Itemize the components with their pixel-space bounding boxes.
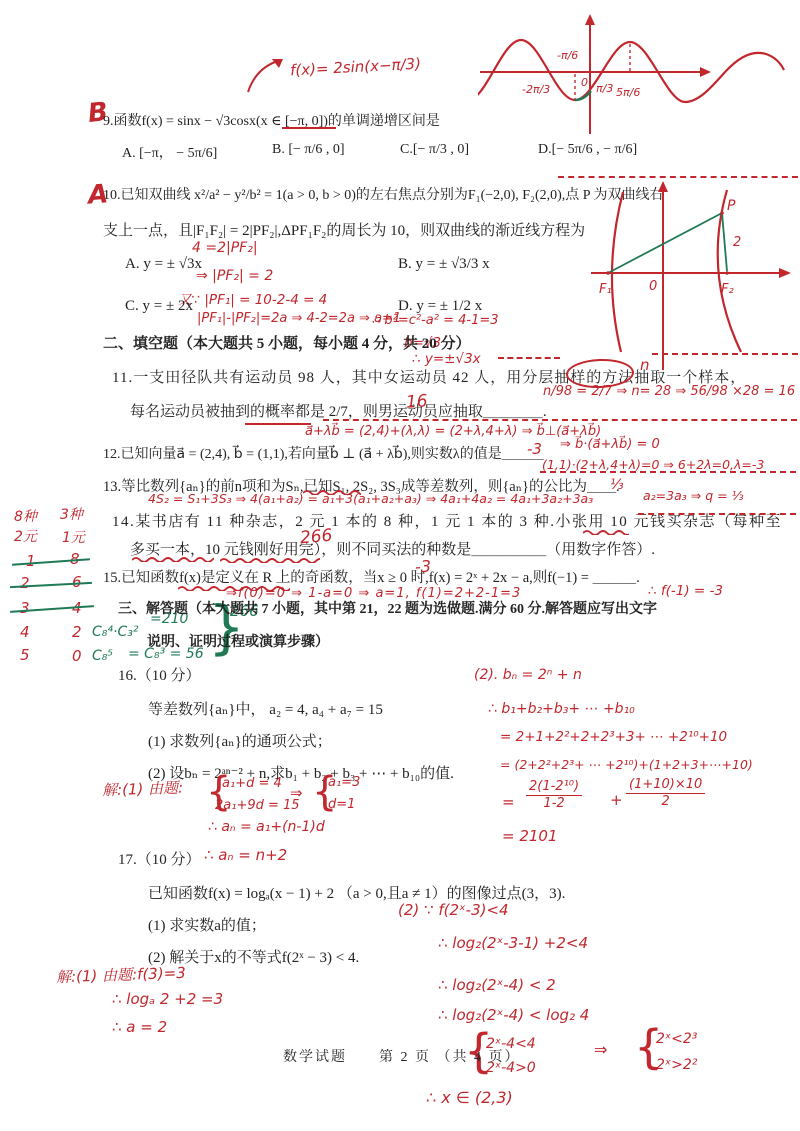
hyp-label-o: 0 xyxy=(649,279,657,294)
work-q11-line1: n/98 = 2/7 ⇒ n= 28 ⇒ 56/98 ×28 = 16 xyxy=(543,384,795,399)
table-header-2yuan: 2元 xyxy=(14,526,37,546)
hyp-green-line-pf2 xyxy=(722,213,727,271)
solution-16-label: 解:(1) 由题: xyxy=(102,777,184,801)
page-footer: 数学试题 第 2 页 （共 4 页） xyxy=(283,1046,521,1066)
sine-label-negpi6: -π/6 xyxy=(557,49,578,62)
hyperbola-figure: P F₁ 0 F₂ 2 xyxy=(575,180,800,372)
solution-16b-eq: = xyxy=(502,793,515,811)
solution-17b-line4: ∴ log₂(2ˣ-4) < log₂ 4 xyxy=(438,1006,589,1024)
solution-17b-sys4: 2ˣ>2² xyxy=(656,1057,697,1073)
option-9b: B. [− π/6 , 0] xyxy=(272,142,345,158)
hyp-label-f1: F₁ xyxy=(599,282,612,297)
sine-label-5pi6: 5π/6 xyxy=(616,86,640,99)
wavy-underline-q14c xyxy=(220,557,320,563)
work-q10-line7: ∴ y=±√3x xyxy=(412,351,481,367)
question-17-given: 已知函数f(x) = logₐ(x − 1) + 2 （a > 0,且a ≠ 1… xyxy=(148,882,565,903)
question-17-part1: (1) 求实数a的值； xyxy=(148,914,266,935)
frac1-denominator: 1-2 xyxy=(526,796,582,812)
frac2-numerator: (1+10)×10 xyxy=(626,777,705,794)
solution-16-eq2: 2a₁+9d = 15 xyxy=(215,798,300,813)
work-q10-line4: |PF₁|-|PF₂|=2a ⇒ 4-2=2a ⇒ a=1 xyxy=(197,311,401,326)
dashed-divider-2b xyxy=(652,353,798,355)
green-comb-1: C₈⁴·C₃² xyxy=(92,624,138,640)
curved-arrow-icon xyxy=(246,56,290,94)
frac2-denominator: 2 xyxy=(626,794,705,810)
answer-q13: ⅓ xyxy=(610,477,624,493)
wavy-underline-q14a xyxy=(583,529,629,535)
question-9-text: 9.函数f(x) = sinx − √3cosx(x ∈ [−π, 0])的单调… xyxy=(103,110,440,130)
solution-16b-frac1: 2(1-2¹⁰) 1-2 xyxy=(526,779,582,811)
solution-16b-result: = 2101 xyxy=(502,827,558,845)
work-q15-line2: ∴ f(-1) = -3 xyxy=(648,583,723,599)
table-header-3kinds: 3种 xyxy=(60,504,83,524)
hyp-y-arrow-icon xyxy=(658,181,668,192)
solution-17-line1: 解:(1) 由题:f(3)=3 xyxy=(56,962,186,988)
table-row: 1 xyxy=(26,552,36,570)
table-header-8kinds: 8种 xyxy=(14,506,37,526)
section-3-header-line2: 说明、证明过程或演算步骤） xyxy=(147,631,329,651)
table-row: 5 xyxy=(20,646,30,664)
option-10a: A. y = ± √3x xyxy=(125,256,202,273)
hyp-point-f1 xyxy=(606,271,610,275)
question-16-number: 16.（10 分） xyxy=(118,664,201,685)
table-row: 4 xyxy=(20,623,30,641)
dashed-divider-2a xyxy=(498,357,560,359)
hyp-green-line-f1p xyxy=(608,213,722,273)
solution-17b-final: ∴ x ∈ (2,3) xyxy=(426,1088,513,1107)
solution-16b-line3: = 2+1+2²+2+2³+3+ ⋯ +2¹⁰+10 xyxy=(500,729,727,745)
answer-q11: 16 xyxy=(405,391,428,412)
solution-16-general: ∴ aₙ = a₁+(n-1)d xyxy=(208,819,325,835)
option-10c: C. y = ± 2x xyxy=(125,298,193,315)
work-q11-n: n xyxy=(640,356,650,374)
dashed-divider-4 xyxy=(540,471,796,473)
question-16-part2: (2) 设bₙ = 2ᵃⁿ⁻² + n,求b₁ + b₂ + b₃ + ⋯ + … xyxy=(148,762,454,783)
red-underline-q11 xyxy=(245,423,311,425)
question-15-text: 15.已知函数f(x)是定义在 R 上的奇函数，当x ≥ 0 时,f(x) = … xyxy=(103,566,640,587)
option-9d: D.[− 5π/6 , − π/6] xyxy=(538,142,637,158)
table-header-1yuan: 1元 xyxy=(62,527,85,547)
work-q12-line2: (1,1)·(2+λ,4+λ)=0 ⇒ 6+2λ=0,λ=-3 xyxy=(542,457,764,472)
sine-y-arrow-icon xyxy=(585,14,595,25)
exam-page: -2π/3 -π/6 0 π/3 5π/6 f(x)= 2sin(x−π/3) … xyxy=(0,0,800,1131)
work-q10-line1: 4 =2|PF₂| xyxy=(192,240,258,256)
solution-17b-line2: ∴ log₂(2ˣ-3-1) +2<4 xyxy=(438,934,588,952)
solution-16-eq1: a₁+d = 4 xyxy=(222,776,282,791)
solution-17b-line3: ∴ log₂(2ˣ-4) < 2 xyxy=(438,976,556,994)
question-16-given: 等差数列{aₙ}中， a₂ = 4, a₄ + a₇ = 15 xyxy=(148,698,383,719)
question-16-part1: (1) 求数列{aₙ}的通项公式； xyxy=(148,730,332,751)
sine-figure: -2π/3 -π/6 0 π/3 5π/6 xyxy=(478,14,800,136)
hyp-point-f2 xyxy=(725,271,729,275)
work-q13-line2: a₂=3a₃ ⇒ q = ⅓ xyxy=(643,488,744,503)
solution-16-an: ∴ aₙ = n+2 xyxy=(204,846,287,864)
green-comb-2: C₈⁵ xyxy=(92,648,113,664)
work-q12-line1: ⇒ b⃗·(a⃗+λb⃗) = 0 xyxy=(560,437,660,452)
answer-q14: 266 xyxy=(299,526,333,549)
solution-16-res2: d=1 xyxy=(328,797,355,812)
question-12-text: 12.已知向量a⃗ = (2,4), b⃗ = (1,1),若向量b⃗ ⊥ (a… xyxy=(103,443,544,463)
solution-17-line2: ∴ logₐ 2 +2 =3 xyxy=(112,990,223,1008)
sine-label-neg2pi3: -2π/3 xyxy=(522,83,550,96)
work-q10-line3: 又∵ |PF₁| = 10-2-4 = 4 xyxy=(178,288,327,308)
answer-q12: -3 xyxy=(527,440,542,458)
solution-16b-line4: = (2+2²+2³+ ⋯ +2¹⁰)+(1+2+3+⋯+10) xyxy=(500,757,753,772)
frac1-numerator: 2(1-2¹⁰) xyxy=(526,779,582,796)
section-2-header: 二、填空题（本大题共 5 小题，每小题 4 分，共 20 分） xyxy=(103,332,471,353)
option-9a: A. [−π， − 5π/6] xyxy=(122,142,217,162)
table-row: 2 xyxy=(20,574,30,592)
work-q10-line2: ⇒ |PF₂| = 2 xyxy=(196,268,273,284)
solution-16-arrow: ⇒ xyxy=(290,784,303,802)
solution-17b-arrow: ⇒ xyxy=(594,1040,607,1059)
sine-label-0: 0 xyxy=(581,76,588,89)
option-10b: B. y = ± √3/3 x xyxy=(398,256,490,273)
hyp-label-f2: F₂ xyxy=(721,282,734,297)
solution-16b-frac2: (1+10)×10 2 xyxy=(626,777,705,809)
hyp-point-p xyxy=(720,211,724,215)
hyp-label-2: 2 xyxy=(733,235,741,250)
work-q12-line0: a⃗+λb⃗ = (2,4)+(λ,λ) = (2+λ,4+λ) ⇒ b⃗⊥(a… xyxy=(305,424,601,439)
question-17-number: 17.（10 分） xyxy=(118,848,201,869)
answer-q15: -3 xyxy=(415,557,432,577)
question-10-line2: 支上一点，且|F₁F₂| = 2|PF₂|,ΔPF₁F₂的周长为 10，则双曲线… xyxy=(103,219,585,240)
hyp-label-p: P xyxy=(727,198,736,214)
red-underline-q9 xyxy=(282,127,336,129)
solution-17b-sys3: 2ˣ<2³ xyxy=(656,1031,697,1047)
table-row: 0 xyxy=(72,647,82,665)
solution-16b-line1: (2). bₙ = 2ⁿ + n xyxy=(474,667,582,683)
question-11-line2: 每名运动员被抽到的概率都是 2/7，则男运动员应抽取＿＿＿＿. xyxy=(130,400,547,421)
handwritten-fx-formula: f(x)= 2sin(x−π/3) xyxy=(290,55,422,80)
dashed-divider-5 xyxy=(638,513,796,515)
solution-16-res1: a₁=3 xyxy=(328,775,360,790)
option-9c: C.[− π/3 , 0] xyxy=(400,142,469,158)
solution-16b-plus: + xyxy=(610,791,623,809)
section-3-header-line1: 三、解答题（本大题共 7 小题，其中第 21，22 题为选做题.满分 60 分.… xyxy=(118,598,657,618)
work-q13-line1: 4S₂ = S₁+3S₃ ⇒ 4(a₁+a₂) = a₁+3(a₁+a₂+a₃)… xyxy=(148,491,593,506)
work-q10-line5: ∴ b²=c²-a² = 4-1=3 xyxy=(372,313,499,328)
sine-x-arrow-icon xyxy=(700,67,711,77)
solution-16b-line2: ∴ b₁+b₂+b₃+ ⋯ +b₁₀ xyxy=(488,701,635,717)
sine-label-pi3: π/3 xyxy=(596,82,613,95)
table-row: 2 xyxy=(72,623,82,641)
solution-17-line3: ∴ a = 2 xyxy=(112,1018,167,1036)
dashed-divider-1 xyxy=(558,176,798,178)
dashed-divider-3 xyxy=(323,419,797,421)
table-row: 3 xyxy=(20,599,30,617)
hyp-x-arrow-icon xyxy=(779,268,791,278)
solution-17b-line1: (2) ∵ f(2ˣ-3)<4 xyxy=(398,901,509,919)
wavy-underline-q14b xyxy=(132,556,214,562)
